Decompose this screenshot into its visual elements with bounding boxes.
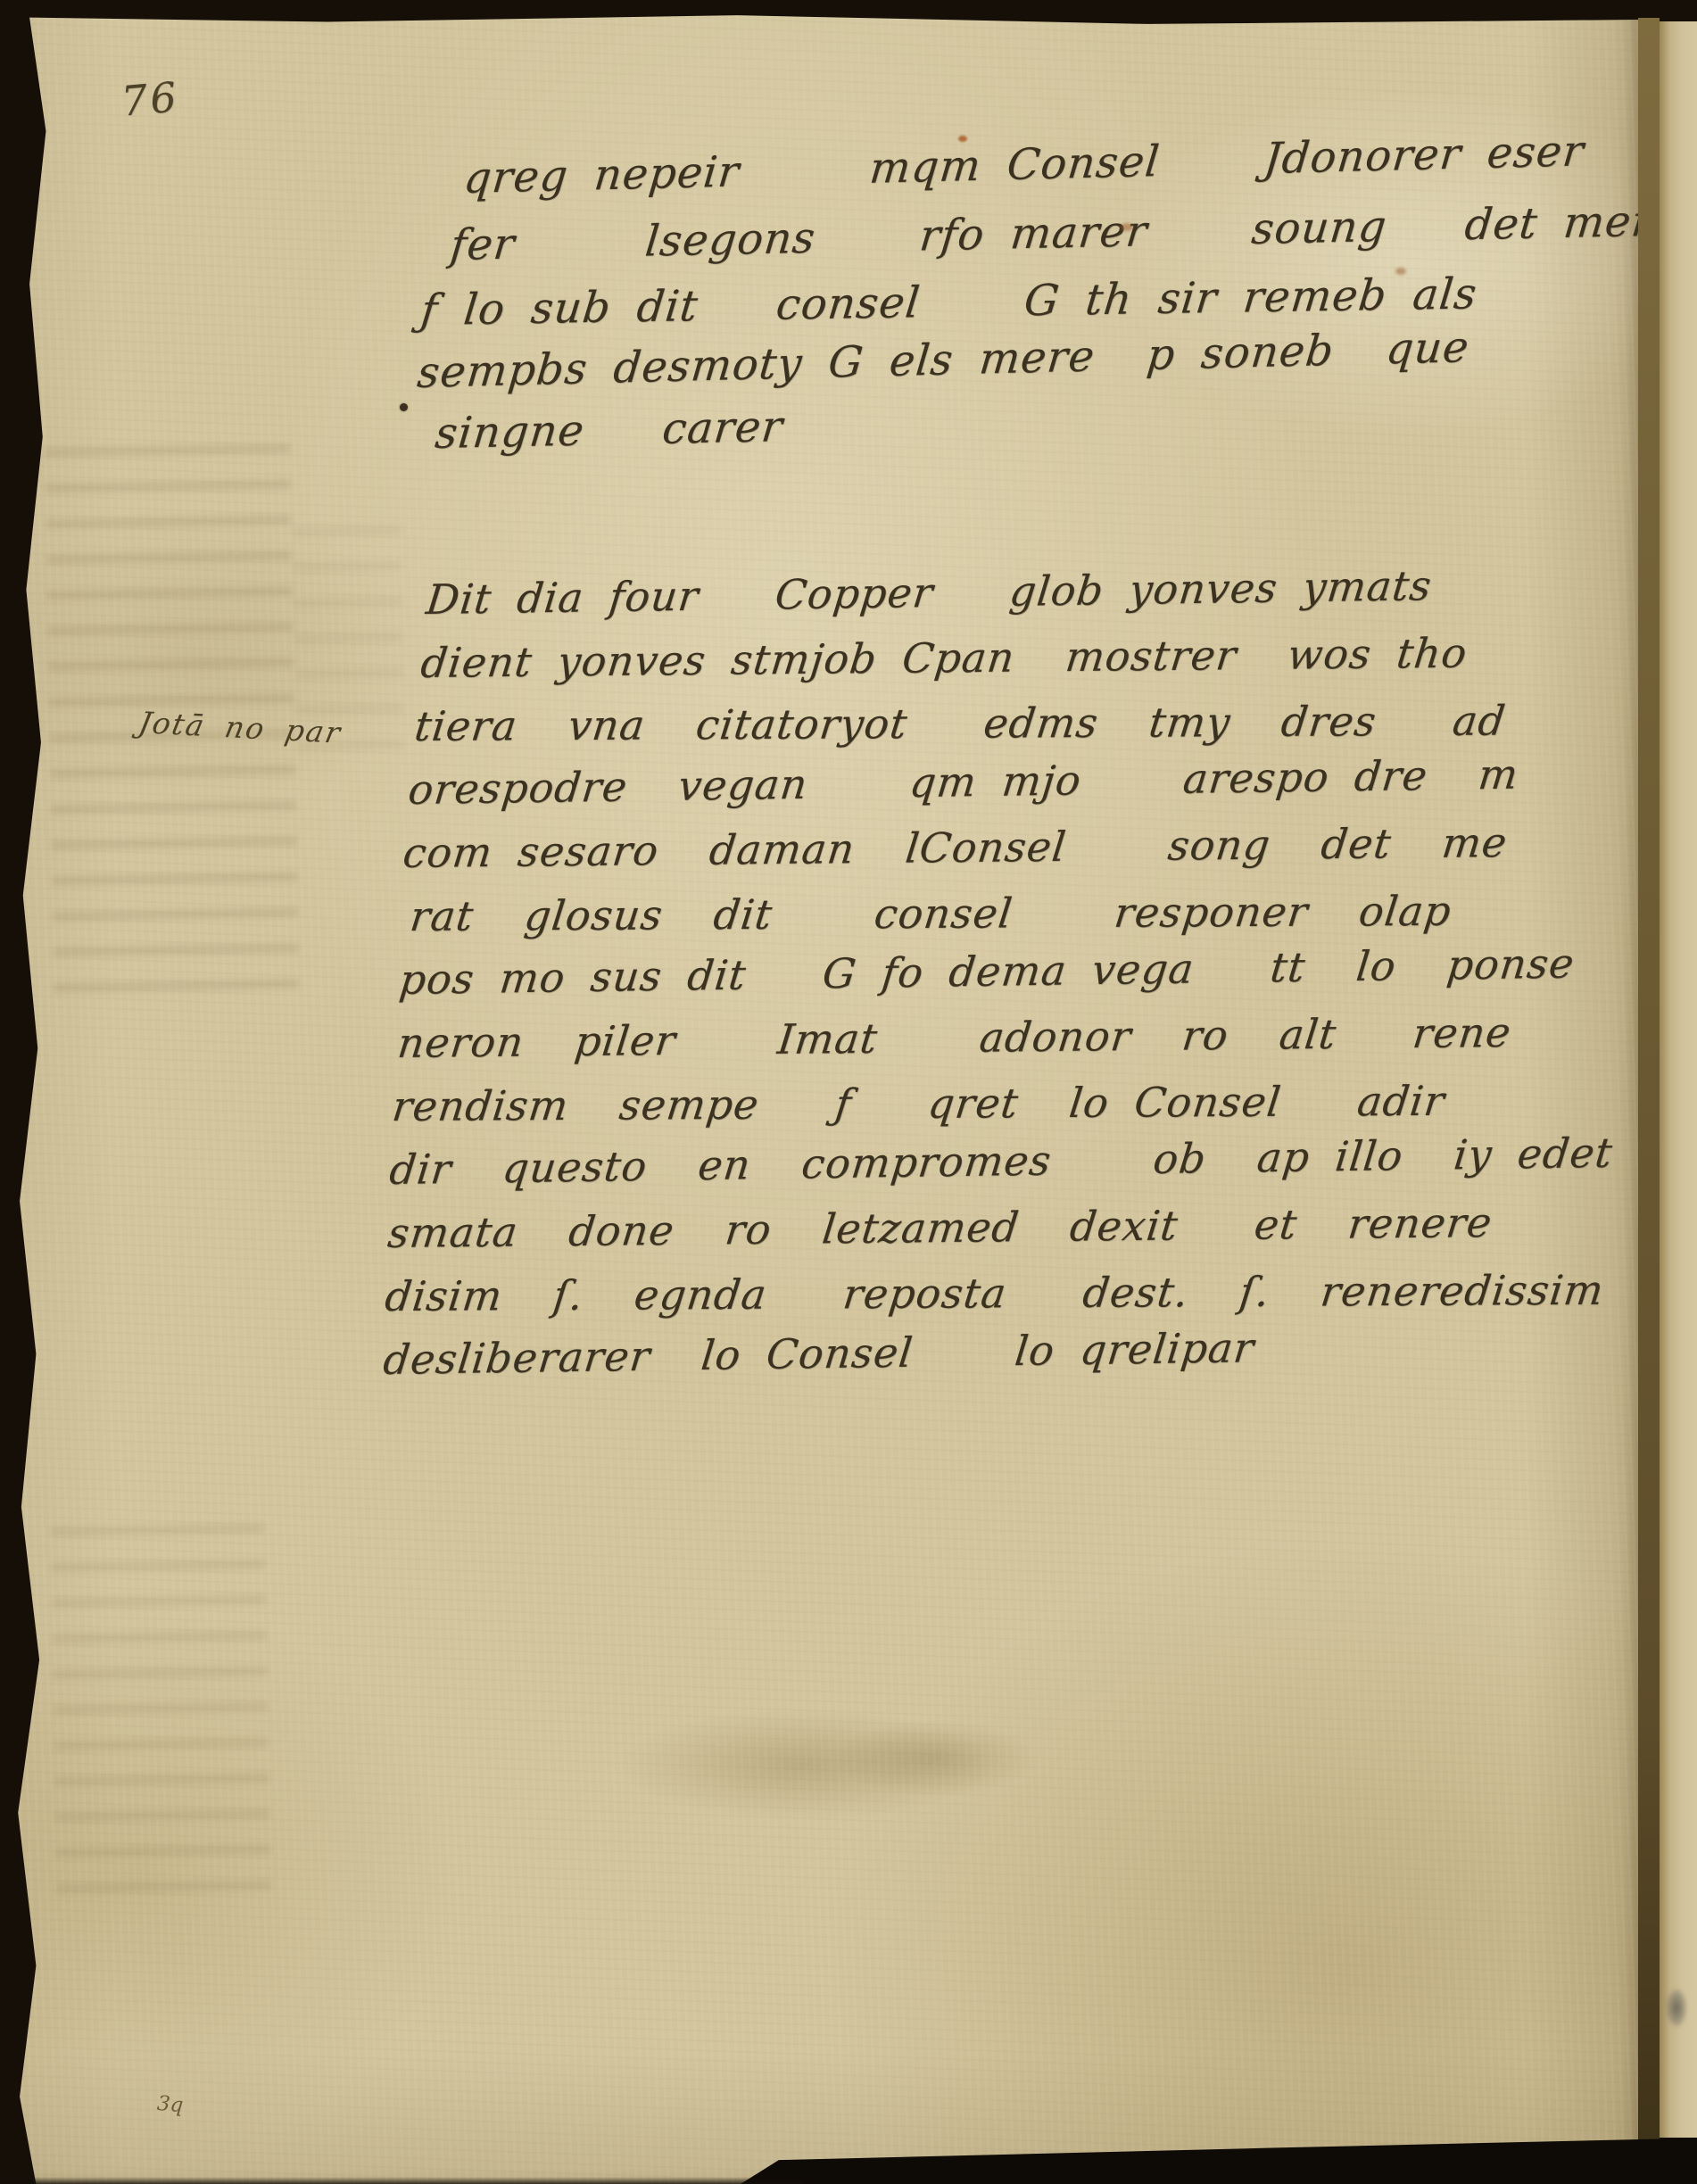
manuscript-line: disim ſ. egnda reposta dest. ſ. reneredi…	[383, 1266, 1607, 1320]
manuscript-line: sempbs desmoty G els mere p soneb que	[415, 322, 1471, 398]
manuscript-line: rendism sempe ƒ qret lo Consel adir	[390, 1077, 1448, 1130]
manuscript-line: dir questo en compromes ob ap illo iy ed…	[387, 1129, 1615, 1194]
manuscript-line: desliberarer lo Consel lo qrelipar	[381, 1323, 1257, 1384]
manuscript-line: com sesaro daman lConsel song det me	[401, 818, 1510, 877]
manuscript-line: orespodre vegan qm mjo arespo dre m	[406, 750, 1521, 814]
footer-mark: 3q	[156, 2092, 185, 2117]
foxing-spot	[958, 136, 967, 142]
adjacent-page-edge	[1660, 21, 1697, 2138]
manuscript-line: singne carer	[433, 401, 785, 459]
manuscript-text-layer: qreg nepeir mqm Consel Jdonorer eserfer …	[0, 0, 1697, 2184]
manuscript-line: rat glosus dit consel responer olap	[408, 887, 1454, 940]
manuscript-line: dient yonves stmjob Cpan mostrer wos tho	[418, 629, 1470, 687]
manuscript-line: qreg nepeir mqm Consel Jdonorer eser	[461, 126, 1586, 203]
manuscript-line: smata done ro letzamed dexit et renere	[385, 1198, 1495, 1257]
foxing-spot	[1121, 223, 1133, 231]
manuscript-line: pos mo sus dit G fo dema vega tt lo pons…	[397, 939, 1577, 1004]
manuscript-line: tiera vna citatoryot edms tmy dres ad	[412, 697, 1509, 750]
page-bottom-edge	[0, 2177, 803, 2184]
page-gutter	[1638, 18, 1660, 2143]
ink-dot	[400, 403, 408, 411]
manuscript-line: neron piler Imat adonor ro alt rene	[395, 1008, 1514, 1067]
manuscript-scan: 76 qreg nepeir mqm Consel Jdonorer eserf…	[0, 0, 1697, 2184]
manuscript-line: Dit dia four Copper glob yonves ymats	[424, 561, 1435, 624]
foxing-spot	[1395, 268, 1406, 275]
ink-smudge	[1661, 1972, 1695, 2052]
manuscript-line: fer lsegons rfo marer soung det menat	[448, 195, 1697, 270]
